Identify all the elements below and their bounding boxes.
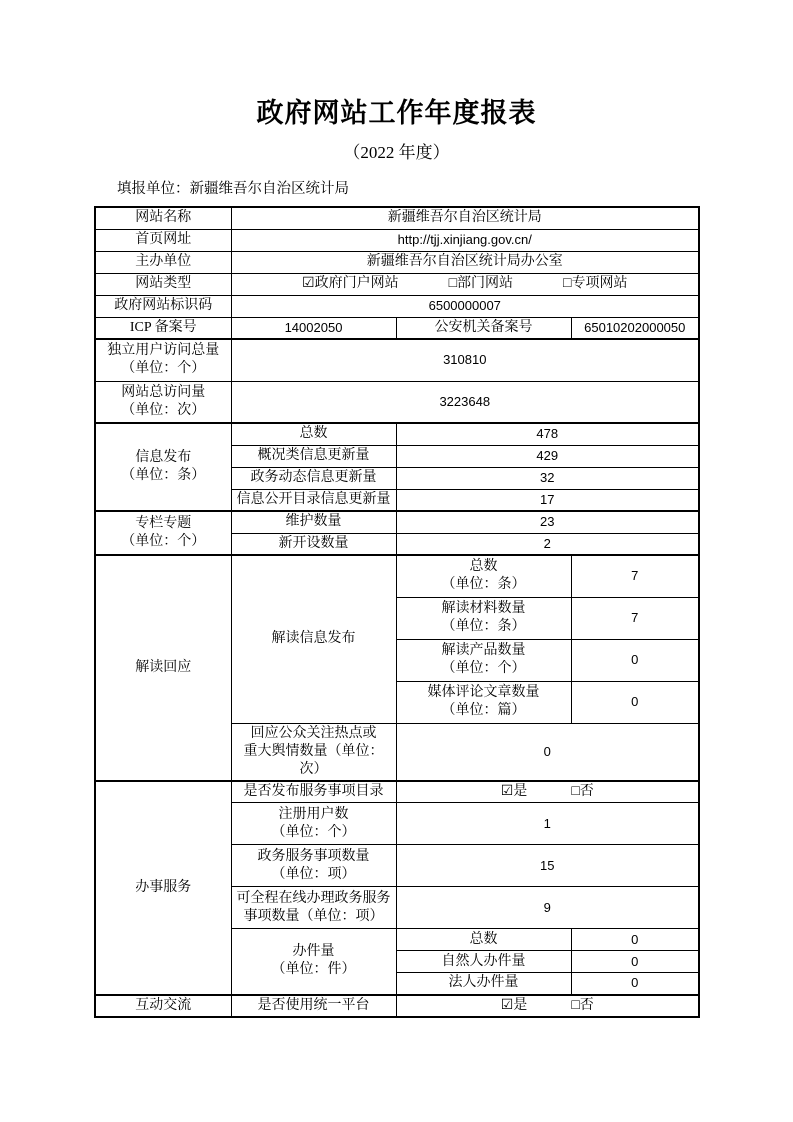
site-code-label: 政府网站标识码 xyxy=(95,295,231,317)
site-type-label: 网站类型 xyxy=(95,273,231,295)
checkbox-yes: ☑是 xyxy=(501,783,528,801)
interaction-platform-label: 是否使用统一平台 xyxy=(231,995,396,1017)
columns-maintain-value: 23 xyxy=(396,511,699,533)
services-items-label: 政务服务事项数量 （单位：项） xyxy=(231,845,396,887)
volume-legal-label: 法人办件量 xyxy=(396,973,571,995)
site-name-value: 新疆维吾尔自治区统计局 xyxy=(231,207,699,229)
info-publish-total-value: 478 xyxy=(396,423,699,445)
services-registered-value: 1 xyxy=(396,803,699,845)
unique-visitors-label: 独立用户访问总量 （单位：个） xyxy=(95,339,231,381)
total-visits-value: 3223648 xyxy=(231,381,699,423)
volume-natural-label: 自然人办件量 xyxy=(396,951,571,973)
services-directory-value: ☑是 □否 xyxy=(396,781,699,803)
info-publish-catalog-label: 信息公开目录信息更新量 xyxy=(231,489,396,511)
columns-new-value: 2 xyxy=(396,533,699,555)
services-online-label: 可全程在线办理政务服务 事项数量（单位：项） xyxy=(231,887,396,929)
total-visits-label: 网站总访问量 （单位：次） xyxy=(95,381,231,423)
checkbox-option-portal: ☑政府门户网站 xyxy=(302,275,399,293)
unique-visitors-value: 310810 xyxy=(231,339,699,381)
interpret-media-label: 媒体评论文章数量 （单位：篇） xyxy=(396,681,571,723)
volume-total-label: 总数 xyxy=(396,929,571,951)
site-code-value: 6500000007 xyxy=(231,295,699,317)
checkbox-no: □否 xyxy=(571,783,593,801)
info-publish-total-label: 总数 xyxy=(231,423,396,445)
page-title: 政府网站工作年度报表 xyxy=(0,0,793,130)
icp-label: ICP 备案号 xyxy=(95,317,231,339)
interaction-platform-value: ☑是 □否 xyxy=(396,995,699,1017)
checkbox-option-special: □专项网站 xyxy=(563,275,627,293)
services-volume-group: 办件量 （单位：件） xyxy=(231,929,396,995)
columns-new-label: 新开设数量 xyxy=(231,533,396,555)
police-record-value: 65010202000050 xyxy=(571,317,699,339)
interpret-product-label: 解读产品数量 （单位：个） xyxy=(396,639,571,681)
volume-total-value: 0 xyxy=(571,929,699,951)
services-online-value: 9 xyxy=(396,887,699,929)
interpret-material-label: 解读材料数量 （单位：条） xyxy=(396,597,571,639)
organizer-value: 新疆维吾尔自治区统计局办公室 xyxy=(231,251,699,273)
info-publish-catalog-value: 17 xyxy=(396,489,699,511)
icp-value: 14002050 xyxy=(231,317,396,339)
police-record-label: 公安机关备案号 xyxy=(396,317,571,339)
info-publish-group: 信息发布 （单位：条） xyxy=(95,423,231,511)
interpret-response-label: 回应公众关注热点或 重大舆情数量（单位：次） xyxy=(231,723,396,781)
page-subtitle: （2022 年度） xyxy=(0,143,793,163)
columns-maintain-label: 维护数量 xyxy=(231,511,396,533)
volume-natural-value: 0 xyxy=(571,951,699,973)
site-name-label: 网站名称 xyxy=(95,207,231,229)
info-publish-dynamic-label: 政务动态信息更新量 xyxy=(231,467,396,489)
interpret-material-value: 7 xyxy=(571,597,699,639)
interpret-total-label: 总数 （单位：条） xyxy=(396,555,571,597)
columns-group: 专栏专题 （单位：个） xyxy=(95,511,231,555)
info-publish-overview-value: 429 xyxy=(396,445,699,467)
home-url-value: http://tjj.xinjiang.gov.cn/ xyxy=(231,229,699,251)
services-items-value: 15 xyxy=(396,845,699,887)
services-group: 办事服务 xyxy=(95,781,231,995)
services-registered-label: 注册用户数 （单位：个） xyxy=(231,803,396,845)
services-directory-label: 是否发布服务事项目录 xyxy=(231,781,396,803)
reporting-unit-label: 填报单位： xyxy=(117,181,190,197)
report-page: 政府网站工作年度报表 （2022 年度） 填报单位：新疆维吾尔自治区统计局 网站… xyxy=(0,0,793,1122)
interaction-group: 互动交流 xyxy=(95,995,231,1017)
volume-legal-value: 0 xyxy=(571,973,699,995)
annual-report-table: 网站名称 新疆维吾尔自治区统计局 首页网址 http://tjj.xinjian… xyxy=(94,206,700,1018)
interpret-publish-label: 解读信息发布 xyxy=(231,555,396,723)
interpret-media-value: 0 xyxy=(571,681,699,723)
info-publish-overview-label: 概况类信息更新量 xyxy=(231,445,396,467)
checkbox-yes: ☑是 xyxy=(501,997,528,1015)
site-type-options: ☑政府门户网站 □部门网站 □专项网站 xyxy=(231,273,699,295)
home-url-label: 首页网址 xyxy=(95,229,231,251)
reporting-unit-line: 填报单位：新疆维吾尔自治区统计局 xyxy=(117,180,793,198)
interpret-response-value: 0 xyxy=(396,723,699,781)
interpret-group: 解读回应 xyxy=(95,555,231,781)
interpret-total-value: 7 xyxy=(571,555,699,597)
checkbox-option-department: □部门网站 xyxy=(449,275,513,293)
reporting-unit-value: 新疆维吾尔自治区统计局 xyxy=(190,181,350,197)
organizer-label: 主办单位 xyxy=(95,251,231,273)
interpret-product-value: 0 xyxy=(571,639,699,681)
checkbox-no: □否 xyxy=(571,997,593,1015)
info-publish-dynamic-value: 32 xyxy=(396,467,699,489)
